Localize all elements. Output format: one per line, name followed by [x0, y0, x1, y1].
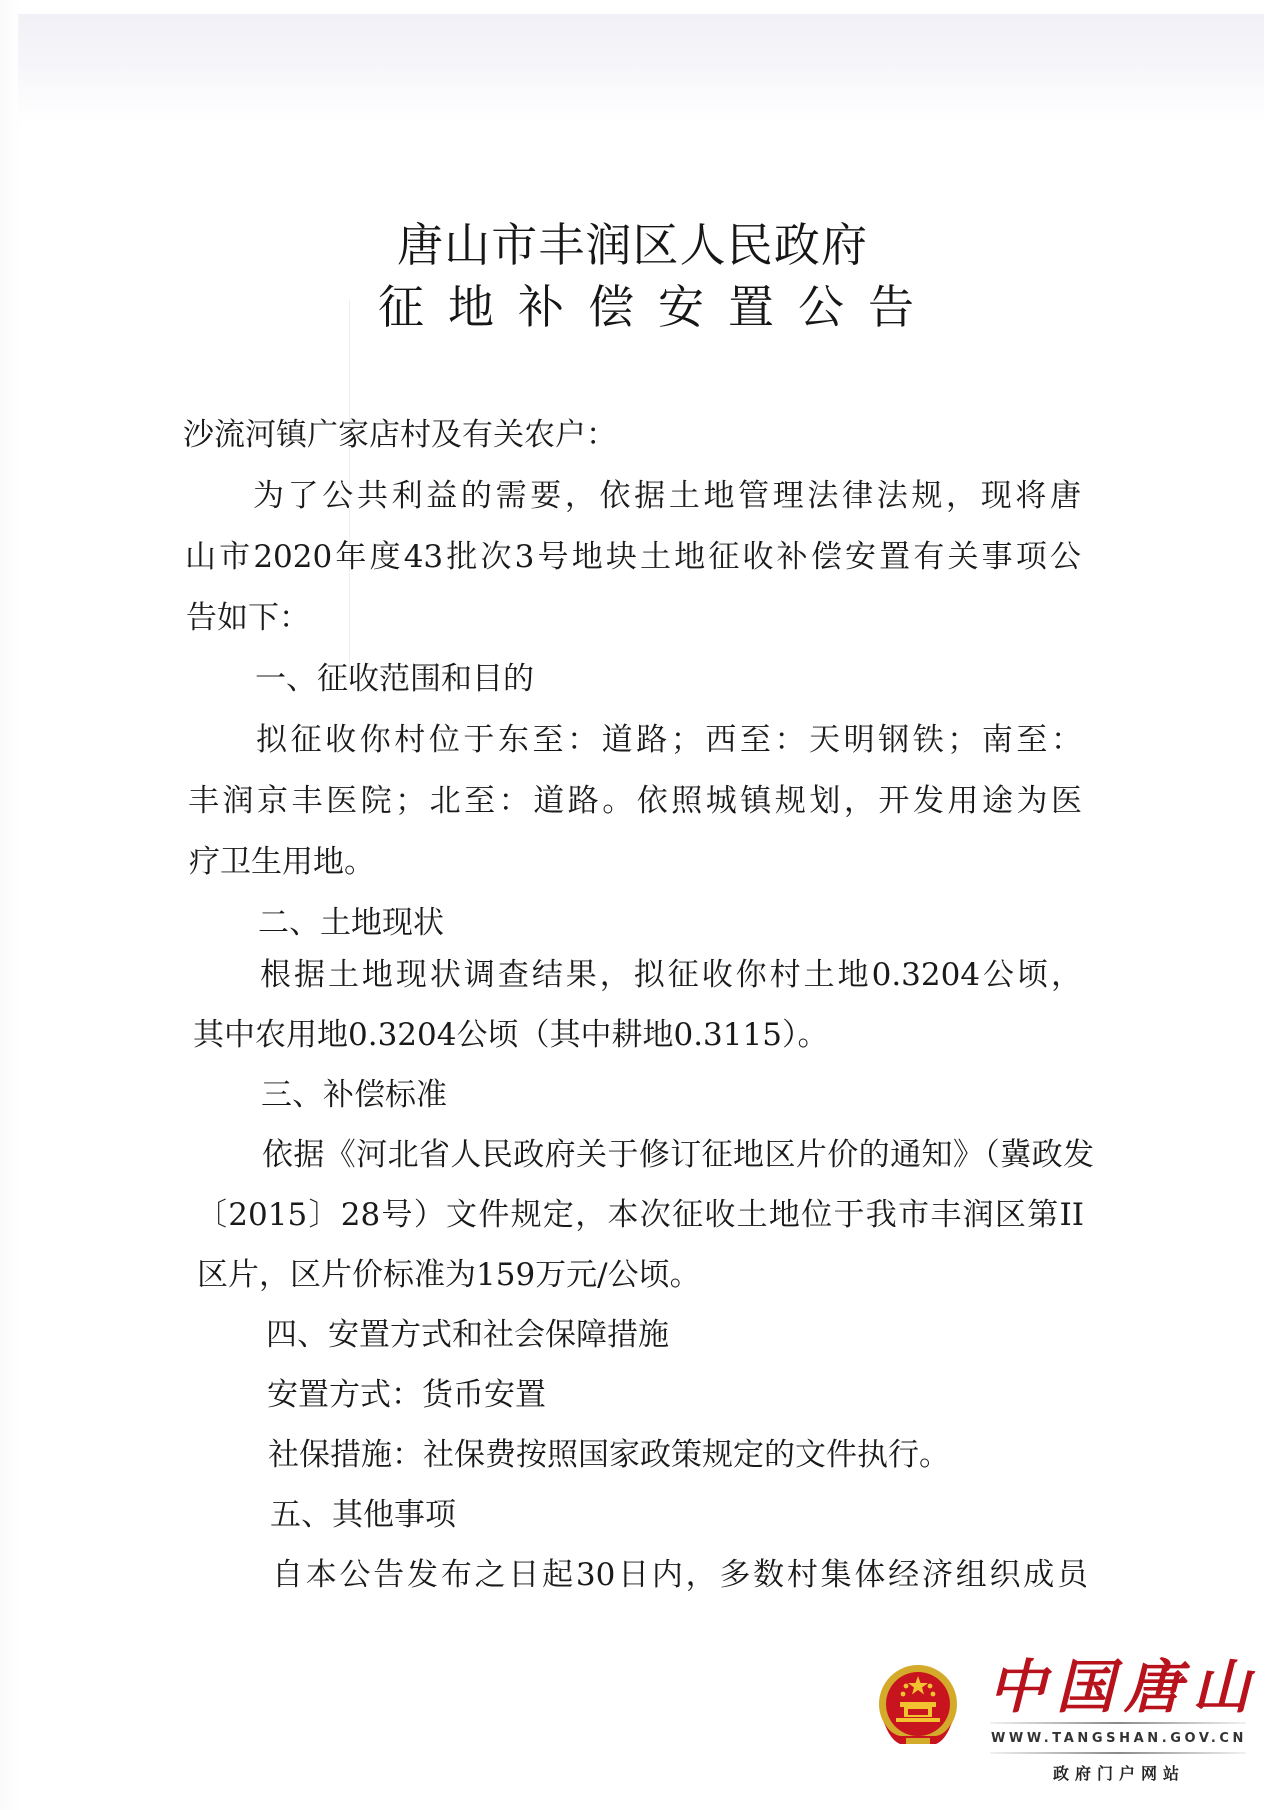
section-heading: 三、补偿标准: [261, 1073, 447, 1117]
national-emblem-icon: [876, 1664, 960, 1748]
paragraph-line: 〔2015〕28号）文件规定，本次征收土地位于我市丰润区第II: [196, 1193, 1084, 1237]
paragraph-line: 告如下：: [186, 596, 310, 640]
paragraph-line: 丰润京丰医院；北至：道路。依照城镇规划，开发用途为医: [188, 779, 1082, 823]
paragraph-line: 为了公共利益的需要，依据土地管理法律法规，现将唐: [253, 474, 1081, 518]
brand-calligraphy: 中国唐山: [988, 1654, 1248, 1720]
tangshan-gov-watermark: 中国唐山 WWW.TANGSHAN.GOV.CN 政府门户网站: [868, 1650, 1258, 1800]
portal-label: 政府门户网站: [988, 1762, 1250, 1786]
document-title-subject: 征地补偿安置公告: [0, 277, 1280, 337]
paragraph-line: 安置方式：货币安置: [267, 1373, 546, 1417]
scan-shading: [18, 14, 1264, 124]
section-heading: 四、安置方式和社会保障措施: [266, 1313, 669, 1357]
paragraph-line: 拟征收你村位于东至：道路；西至：天明钢铁；南至：: [256, 718, 1082, 762]
section-heading: 二、土地现状: [258, 901, 444, 945]
title-line-2: 征地补偿安置公告: [378, 277, 914, 337]
section-heading: 五、其他事项: [270, 1493, 456, 1537]
paragraph-line: 依据《河北省人民政府关于修订征地区片价的通知》（冀政发: [262, 1133, 1094, 1177]
salutation: 沙流河镇广家店村及有关农户：: [183, 413, 617, 457]
divider: [990, 1752, 1246, 1754]
paragraph-line: 山市2020年度43批次3号地块土地征收补偿安置有关事项公: [185, 535, 1081, 579]
divider: [990, 1722, 1246, 1724]
paragraph-line: 自本公告发布之日起30日内，多数村集体经济组织成员: [272, 1553, 1088, 1597]
site-url: WWW.TANGSHAN.GOV.CN: [988, 1728, 1250, 1750]
section-heading: 一、征收范围和目的: [255, 657, 534, 701]
paragraph-line: 疗卫生用地。: [189, 840, 375, 884]
paragraph-line: 其中农用地0.3204公顷（其中耕地0.3115）。: [193, 1013, 828, 1057]
paragraph-line: 社保措施：社保费按照国家政策规定的文件执行。: [268, 1433, 950, 1477]
paragraph-line: 根据土地现状调查结果，拟征收你村土地0.3204公顷，: [260, 953, 1082, 997]
title-line-1: 唐山市丰润区人民政府: [397, 215, 867, 275]
paragraph-line: 区片，区片价标准为159万元/公顷。: [197, 1253, 701, 1297]
document-title-issuer: 唐山市丰润区人民政府: [0, 215, 1280, 275]
